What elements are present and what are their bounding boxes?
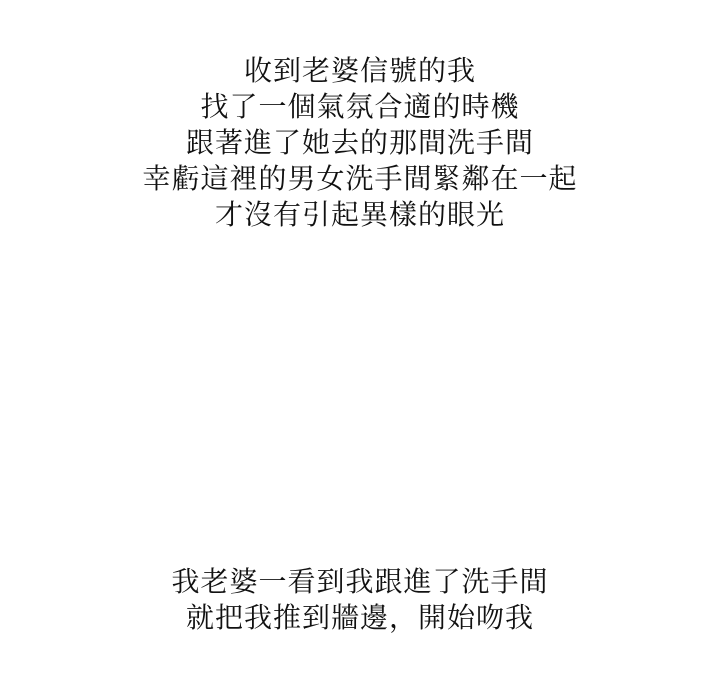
narration-line: 跟著進了她去的那間洗手間: [0, 125, 720, 161]
narration-line: 才沒有引起異樣的眼光: [0, 197, 720, 233]
narration-line: 我老婆一看到我跟進了洗手間: [0, 564, 720, 600]
narration-line: 幸虧這裡的男女洗手間緊鄰在一起: [0, 161, 720, 197]
narration-line: 找了一個氣氛合適的時機: [0, 89, 720, 125]
narration-block-top: 收到老婆信號的我 找了一個氣氛合適的時機 跟著進了她去的那間洗手間 幸虧這裡的男…: [0, 53, 720, 233]
narration-line: 收到老婆信號的我: [0, 53, 720, 89]
narration-block-bottom: 我老婆一看到我跟進了洗手間 就把我推到牆邊，開始吻我: [0, 564, 720, 636]
narration-line: 就把我推到牆邊，開始吻我: [0, 600, 720, 636]
